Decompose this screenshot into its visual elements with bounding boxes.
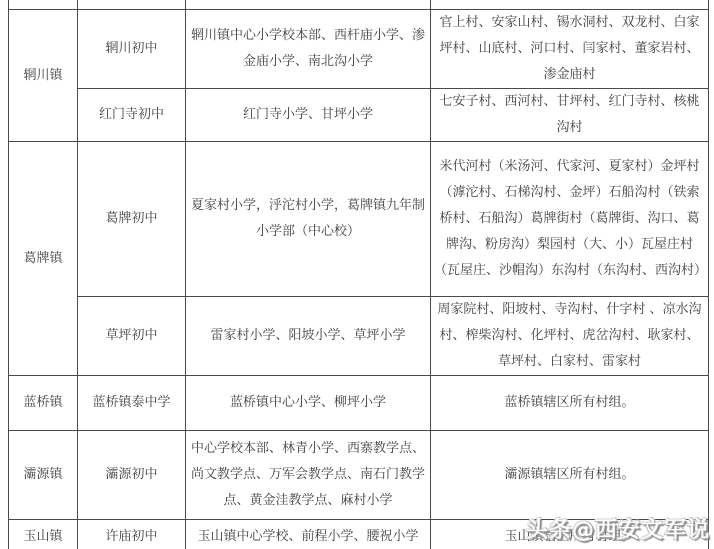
empty-cell	[186, 0, 431, 10]
middle-school-cell: 红门寺初中	[78, 89, 186, 142]
primary-schools-cell: 红门寺小学、甘坪小学	[186, 89, 431, 142]
table-row: 草坪初中 雷家村小学、阳坡小学、草坪小学 周家院村、阳坡村、寺沟村、什字村 、凉…	[9, 297, 709, 376]
table-row: 灞源镇 灞源初中 中心学校本部、林青小学、西寨教学点、尚文教学点、万军会教学点、…	[9, 431, 709, 520]
town-cell: 灞源镇	[9, 431, 78, 520]
middle-school-cell: 蓝桥镇泰中学	[78, 376, 186, 431]
table-row: 红门寺初中 红门寺小学、甘坪小学 七安子村、西河村、甘坪村、红门寺村、核桃沟村	[9, 89, 709, 142]
villages-cell: 灞源镇辖区所有村组。	[431, 431, 709, 520]
town-cell: 辋川镇	[9, 10, 78, 142]
villages-cell: 米代河村（米汤河、代家河、夏家村）金坪村（滹沱村、石梯沟村、金坪）石船沟村（铁索…	[431, 142, 709, 297]
table-row: 蓝桥镇 蓝桥镇泰中学 蓝桥镇中心小学、柳坪小学 蓝桥镇辖区所有村组。	[9, 376, 709, 431]
middle-school-cell: 灞源初中	[78, 431, 186, 520]
empty-cell	[431, 0, 709, 10]
middle-school-cell: 草坪初中	[78, 297, 186, 376]
school-district-table: 辋川镇 辋川初中 辋川镇中心小学校本部、西杆庙小学、渗金庙小学、南北沟小学 官上…	[8, 0, 709, 549]
villages-cell: 七安子村、西河村、甘坪村、红门寺村、核桃沟村	[431, 89, 709, 142]
table-row: 葛牌镇 葛牌初中 夏家村小学，泘沱村小学，葛牌镇九年制小学部（中心校） 米代河村…	[9, 142, 709, 297]
empty-cell	[78, 0, 186, 10]
villages-cell: 周家院村、阳坡村、寺沟村、什字村 、凉水沟村、榨柴沟村、化坪村、虎岔沟村、耿家村…	[431, 297, 709, 376]
middle-school-cell: 许庙初中	[78, 520, 186, 549]
town-cell: 葛牌镇	[9, 142, 78, 376]
town-cell: 蓝桥镇	[9, 376, 78, 431]
villages-cell: 官上村、安家山村、锡水洞村、双龙村、白家坪村、山底村、河口村、闫家村、董家岩村、…	[431, 10, 709, 89]
table-row-partial-top	[9, 0, 709, 10]
primary-schools-cell: 中心学校本部、林青小学、西寨教学点、尚文教学点、万军会教学点、南石门教学点、黄金…	[186, 431, 431, 520]
town-cell: 玉山镇	[9, 520, 78, 549]
villages-cell: 蓝桥镇辖区所有村组。	[431, 376, 709, 431]
primary-schools-cell: 蓝桥镇中心小学、柳坪小学	[186, 376, 431, 431]
primary-schools-cell: 辋川镇中心小学校本部、西杆庙小学、渗金庙小学、南北沟小学	[186, 10, 431, 89]
table-row: 辋川镇 辋川初中 辋川镇中心小学校本部、西杆庙小学、渗金庙小学、南北沟小学 官上…	[9, 10, 709, 89]
primary-schools-cell: 雷家村小学、阳坡小学、草坪小学	[186, 297, 431, 376]
primary-schools-cell: 夏家村小学，泘沱村小学，葛牌镇九年制小学部（中心校）	[186, 142, 431, 297]
empty-cell	[9, 0, 78, 10]
primary-schools-cell: 玉山镇中心学校、前程小学、腰祝小学	[186, 520, 431, 549]
middle-school-cell: 葛牌初中	[78, 142, 186, 297]
watermark: 头条@西安文军说	[526, 513, 710, 544]
middle-school-cell: 辋川初中	[78, 10, 186, 89]
